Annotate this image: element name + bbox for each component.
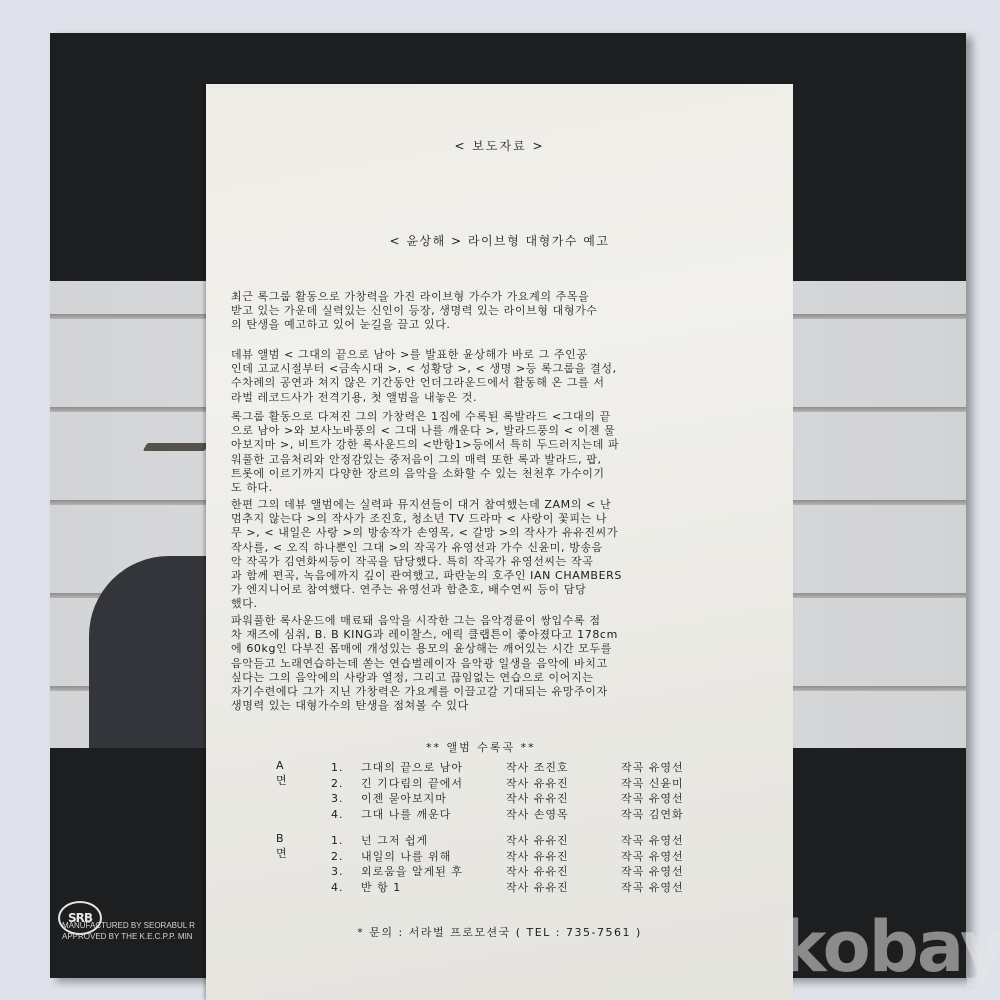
press-release-subheading: < 윤상해 > 라이브형 대형가수 예고 [206,232,793,249]
track-composer: 작곡 유영선 [621,792,684,805]
side-label: A면 [276,759,287,788]
track-number: 3. [331,792,361,805]
tracklist-title: ** 앨범 수록곡 ** [426,739,536,755]
track-lyricist: 작사 유유진 [506,790,621,806]
paragraph: 최근 록그룹 활동으로 가창력을 가진 라이브형 가수가 가요계의 주목을받고 … [231,290,776,333]
track-title: 외로움을 알게된 후 [361,863,506,879]
track-lyricist: 작사 유유진 [506,879,621,895]
paragraph-line: 과 함께 편곡, 녹음에까지 깊이 관여했고, 파란눈의 호주인 IAN CHA… [231,569,776,583]
paragraph: 한편 그의 데뷰 앨범에는 실력파 뮤지션들이 대거 참여했는데 ZAM의 < … [231,498,776,612]
paragraph-line: 록그룹 활동으로 다져진 그의 가창력은 1집에 수록된 록발라드 <그대의 끝 [231,410,776,424]
paragraph-line: 차 재즈에 심취, B. B KING과 레이찰스, 에릭 클랩튼이 좋아졌다고… [231,628,776,642]
track-row: 3.외로움을 알게된 후작사 유유진작곡 유영선 [331,863,684,879]
track-row: 1.그대의 끝으로 남아작사 조진호작곡 유영선 [331,759,684,775]
track-number: 4. [331,808,361,821]
paragraph-line: 최근 록그룹 활동으로 가창력을 가진 라이브형 가수가 가요계의 주목을 [231,290,776,304]
cover-tear-damage [143,443,210,451]
paragraph-line: 멈추지 않는다 >의 작사가 조진호, 청소년 TV 드라마 < 사랑이 꽃피는… [231,512,776,526]
paragraph-line: 트롯에 이르기까지 다양한 장르의 음악을 소화할 수 있는 천천후 가수이기 [231,467,776,481]
track-lyricist: 작사 손영목 [506,806,621,822]
kobay-watermark: kobay [780,912,1000,982]
paragraph: 파워풀한 록사운드에 매료돼 음악을 시작한 그는 음악경륜이 쌍입수록 점차 … [231,614,776,713]
track-lyricist: 작사 유유진 [506,775,621,791]
track-number: 3. [331,865,361,878]
cover-figure-shoulder [89,556,219,748]
paragraph-line: 데뷰 앨범 < 그대의 끝으로 남아 >를 발표한 윤상해가 바로 그 주인공 [231,348,776,362]
track-lyricist: 작사 조진호 [506,759,621,775]
track-title: 긴 기다림의 끝에서 [361,775,506,791]
paragraph-line: 한편 그의 데뷰 앨범에는 실력파 뮤지션들이 대거 참여했는데 ZAM의 < … [231,498,776,512]
track-row: 2.내일의 나를 위해작사 유유진작곡 유영선 [331,848,684,864]
track-title: 넌 그저 쉽게 [361,832,506,848]
paragraph-line: 워풀한 고음처리와 안정감있는 중저음이 그의 매력 또한 록과 발라드, 팝, [231,453,776,467]
track-title: 이젠 묻아보지마 [361,790,506,806]
track-number: 4. [331,881,361,894]
paragraph-line: 아보지마 >, 비트가 강한 록사운드의 <반항1>등에서 특히 두드러지는데 … [231,438,776,452]
paragraph-line: 가 엔지니어로 참여했다. 연주는 유영선과 함춘호, 배수연씨 등이 담당 [231,583,776,597]
paragraph-line: 으로 남아 >와 보사노바풍의 < 그대 나를 깨운다 >, 발라드풍의 < 이… [231,424,776,438]
track-composer: 작곡 유영선 [621,834,684,847]
press-release-heading: < 보도자료 > [206,137,793,154]
track-row: 4.그대 나를 깨운다작사 손영목작곡 김연화 [331,806,684,822]
side-label: B면 [276,832,287,861]
track-title: 그대 나를 깨운다 [361,806,506,822]
track-composer: 작곡 유영선 [621,865,684,878]
track-composer: 작곡 유영선 [621,881,684,894]
track-row: 2.긴 기다림의 끝에서작사 유유진작곡 신윤미 [331,775,684,791]
track-composer: 작곡 유영선 [621,761,684,774]
track-row: 4.반 항 1작사 유유진작곡 유영선 [331,879,684,895]
track-lyricist: 작사 유유진 [506,863,621,879]
paragraph-line: 무 >, < 내일은 사랑 >의 방송작가 손영목, < 갈망 >의 작사가 유… [231,526,776,540]
paragraph-line: 자기수련에다 그가 지닌 가창력은 가요계를 이끌고갈 기대되는 유망주이자 [231,685,776,699]
paragraph-line: 라벌 레코드사가 전격기용, 첫 앨범을 내놓은 것. [231,391,776,405]
track-title: 그대의 끝으로 남아 [361,759,506,775]
track-row: 3.이젠 묻아보지마작사 유유진작곡 유영선 [331,790,684,806]
paragraph: 데뷰 앨범 < 그대의 끝으로 남아 >를 발표한 윤상해가 바로 그 주인공인… [231,348,776,405]
track-composer: 작곡 유영선 [621,850,684,863]
paragraph-line: 싶다는 그의 음악에의 사랑과 열정, 그리고 끊임없는 연습으로 이어지는 [231,671,776,685]
track-number: 1. [331,834,361,847]
track-composer: 작곡 김연화 [621,808,684,821]
track-number: 2. [331,777,361,790]
paragraph-line: 파워풀한 록사운드에 매료돼 음악을 시작한 그는 음악경륜이 쌍입수록 점 [231,614,776,628]
track-lyricist: 작사 유유진 [506,848,621,864]
paragraph-line: 에 60kg인 다부진 몸매에 개성있는 용모의 윤상해는 깨어있는 시간 모두… [231,642,776,656]
paragraph-line: 의 탄생을 예고하고 있어 눈길을 끌고 있다. [231,318,776,332]
press-release-sheet: < 보도자료 > < 윤상해 > 라이브형 대형가수 예고 최근 록그룹 활동으… [206,84,793,1000]
track-number: 1. [331,761,361,774]
paragraph: 록그룹 활동으로 다져진 그의 가창력은 1집에 수록된 록발라드 <그대의 끝… [231,410,776,495]
paragraph-line: 음악듣고 노래연습하는데 쏟는 연습벌레이자 음악광 일생을 음악에 바치고 [231,657,776,671]
track-lyricist: 작사 유유진 [506,832,621,848]
track-title: 반 항 1 [361,879,506,895]
paragraph-line: 작사를, < 오직 하나뿐인 그대 >의 작곡가 유영선과 가수 신윤미, 방송… [231,541,776,555]
track-composer: 작곡 신윤미 [621,777,684,790]
track-row: 1.넌 그저 쉽게작사 유유진작곡 유영선 [331,832,684,848]
track-number: 2. [331,850,361,863]
contact-line: * 문의 : 서라벌 프로모션국 ( TEL : 735-7561 ) [206,924,793,940]
paragraph-line: 도 하다. [231,481,776,495]
paragraph-line: 인데 고교시절부터 <금속시대 >, < 성황당 >, < 생명 >등 록그룹을… [231,362,776,376]
paragraph-line: 생명력 있는 대형가수의 탄생을 점쳐볼 수 있다 [231,699,776,713]
paragraph-line: 받고 있는 가운데 실력있는 신인이 등장, 생명력 있는 라이브형 대형가수 [231,304,776,318]
paragraph-line: 악 작곡가 김연화씨등이 작곡을 담당했다. 특히 작곡가 유영선씨는 작곡 [231,555,776,569]
paragraph-line: 했다. [231,597,776,611]
paragraph-line: 수차례의 공연과 쳐지 않은 기간동안 언더그라운드에서 활동해 온 그를 서 [231,376,776,390]
track-title: 내일의 나를 위해 [361,848,506,864]
